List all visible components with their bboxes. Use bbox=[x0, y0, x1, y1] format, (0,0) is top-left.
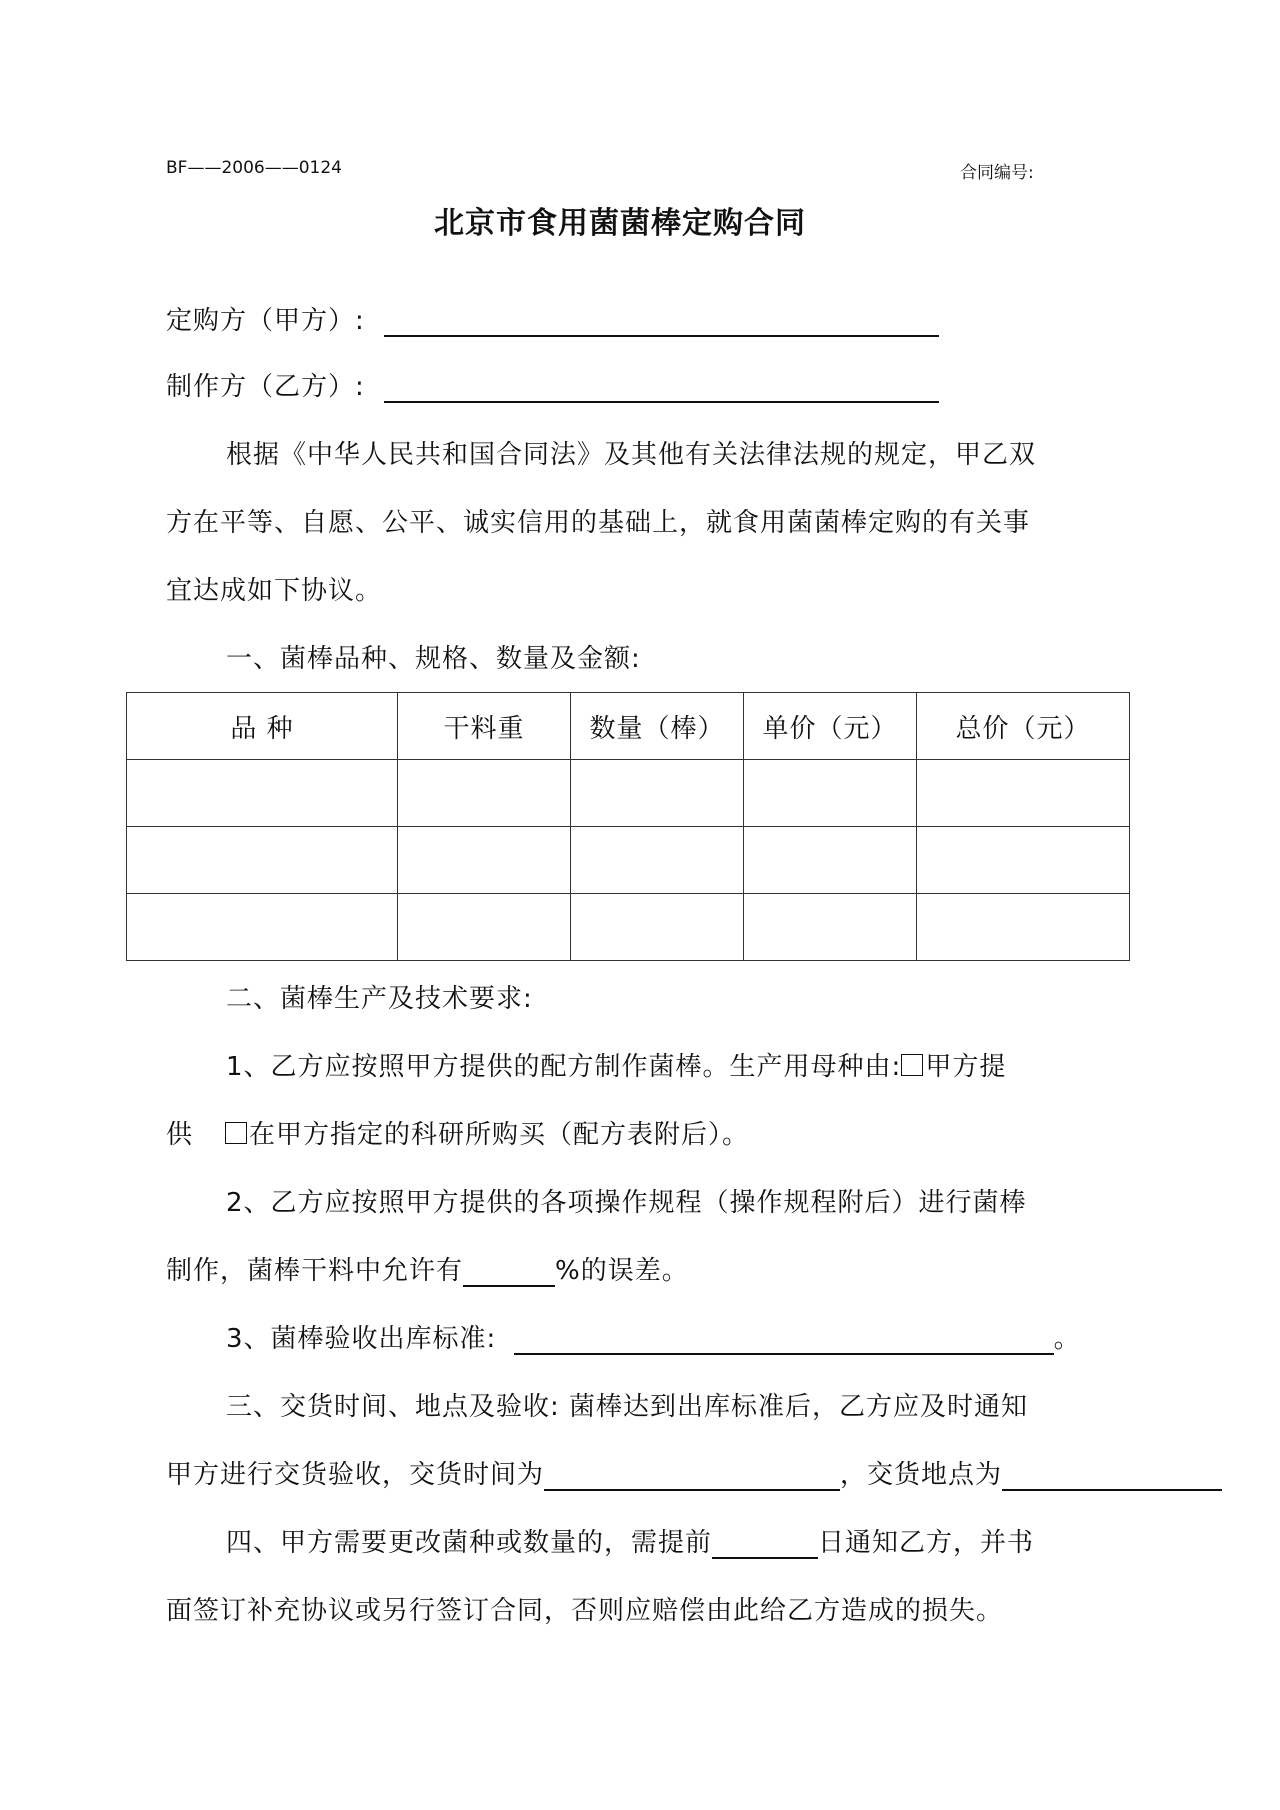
item-3-line: 3、菌棒验收出库标准: 。 bbox=[226, 1318, 1081, 1355]
item-2-line-1: 2、乙方应按照甲方提供的各项操作规程（操作规程附后）进行菌棒 bbox=[226, 1182, 1027, 1219]
section-4-line-1: 四、甲方需要更改菌种或数量的，需提前日通知乙方，并书 bbox=[226, 1522, 1034, 1559]
header-variety: 品 种 bbox=[127, 693, 398, 760]
header-total-price: 总价（元） bbox=[917, 693, 1130, 760]
buyer-party-row: 定购方（甲方）: bbox=[166, 300, 939, 337]
maker-party-label: 制作方（乙方）: bbox=[166, 372, 365, 402]
cell-variety[interactable] bbox=[127, 827, 398, 894]
maker-party-field[interactable] bbox=[384, 375, 939, 403]
spec-table: 品 种 干料重 数量（棒） 单价（元） 总价（元） bbox=[126, 692, 1130, 961]
table-row bbox=[127, 827, 1130, 894]
section-3-line-2: 甲方进行交货验收，交货时间为，交货地点为 bbox=[166, 1454, 1222, 1491]
cell-unit-price[interactable] bbox=[744, 760, 917, 827]
item-3-period: 。 bbox=[1054, 1324, 1081, 1354]
table-row bbox=[127, 760, 1130, 827]
document-title: 北京市食用菌菌棒定购合同 bbox=[434, 198, 806, 242]
item-1-text: 1、乙方应按照甲方提供的配方制作菌棒。生产用母种由: bbox=[226, 1052, 901, 1082]
contract-number-label: 合同编号: bbox=[960, 158, 1034, 183]
item-2-text: 制作，菌棒干料中允许有 bbox=[166, 1256, 463, 1286]
item-2-suffix: %的误差。 bbox=[555, 1256, 689, 1286]
cell-total-price[interactable] bbox=[917, 894, 1130, 961]
section-4-text: 四、甲方需要更改菌种或数量的，需提前 bbox=[226, 1528, 712, 1558]
option-buyer-provides-label-cont: 供 bbox=[166, 1120, 193, 1150]
buyer-party-label: 定购方（甲方）: bbox=[166, 306, 365, 336]
cell-dry-weight[interactable] bbox=[398, 894, 571, 961]
intro-line-1: 根据《中华人民共和国合同法》及其他有关法律法规的规定，甲乙双 bbox=[226, 434, 1036, 471]
cell-unit-price[interactable] bbox=[744, 827, 917, 894]
cell-dry-weight[interactable] bbox=[398, 760, 571, 827]
cell-quantity[interactable] bbox=[571, 827, 744, 894]
cell-variety[interactable] bbox=[127, 760, 398, 827]
cell-unit-price[interactable] bbox=[744, 894, 917, 961]
section-2-heading: 二、菌棒生产及技术要求: bbox=[226, 978, 533, 1015]
cell-dry-weight[interactable] bbox=[398, 827, 571, 894]
item-2-line-2: 制作，菌棒干料中允许有%的误差。 bbox=[166, 1250, 689, 1287]
header-dry-weight: 干料重 bbox=[398, 693, 571, 760]
section-4-line-2: 面签订补充协议或另行签订合同，否则应赔偿由此给乙方造成的损失。 bbox=[166, 1590, 1003, 1627]
section-3-line-1: 三、交货时间、地点及验收: 菌棒达到出库标准后，乙方应及时通知 bbox=[226, 1386, 1028, 1423]
notice-days-field[interactable] bbox=[712, 1531, 818, 1559]
option-designated-institute-label: 在甲方指定的科研所购买（配方表附后）。 bbox=[249, 1120, 749, 1150]
intro-line-2: 方在平等、自愿、公平、诚实信用的基础上，就食用菌菌棒定购的有关事 bbox=[166, 502, 1030, 539]
item-1-line-1: 1、乙方应按照甲方提供的配方制作菌棒。生产用母种由:甲方提 bbox=[226, 1046, 1006, 1083]
checkbox-designated-institute[interactable] bbox=[225, 1122, 247, 1144]
maker-party-row: 制作方（乙方）: bbox=[166, 366, 939, 403]
checkbox-buyer-provides[interactable] bbox=[901, 1054, 923, 1076]
item-1-line-2: 供在甲方指定的科研所购买（配方表附后）。 bbox=[166, 1114, 749, 1151]
intro-line-3: 宜达成如下协议。 bbox=[166, 570, 382, 607]
delivery-place-field[interactable] bbox=[1002, 1463, 1222, 1491]
table-row bbox=[127, 894, 1130, 961]
table-header-row: 品 种 干料重 数量（棒） 单价（元） 总价（元） bbox=[127, 693, 1130, 760]
delivery-place-label: ，交货地点为 bbox=[840, 1460, 1002, 1490]
delivery-time-label: 甲方进行交货验收，交货时间为 bbox=[166, 1460, 544, 1490]
cell-quantity[interactable] bbox=[571, 760, 744, 827]
cell-variety[interactable] bbox=[127, 894, 398, 961]
section-1-heading: 一、菌棒品种、规格、数量及金额: bbox=[226, 638, 641, 675]
cell-total-price[interactable] bbox=[917, 827, 1130, 894]
header-quantity: 数量（棒） bbox=[571, 693, 744, 760]
option-buyer-provides-label: 甲方提 bbox=[925, 1052, 1006, 1082]
header-unit-price: 单价（元） bbox=[744, 693, 917, 760]
cell-quantity[interactable] bbox=[571, 894, 744, 961]
delivery-time-field[interactable] bbox=[544, 1463, 840, 1491]
buyer-party-field[interactable] bbox=[384, 309, 939, 337]
document-code: BF——2006——0124 bbox=[166, 158, 342, 178]
section-4-suffix: 日通知乙方，并书 bbox=[818, 1528, 1034, 1558]
acceptance-standard-field[interactable] bbox=[514, 1327, 1054, 1355]
cell-total-price[interactable] bbox=[917, 760, 1130, 827]
item-3-label: 3、菌棒验收出库标准: bbox=[226, 1324, 496, 1354]
error-percent-field[interactable] bbox=[463, 1259, 555, 1287]
